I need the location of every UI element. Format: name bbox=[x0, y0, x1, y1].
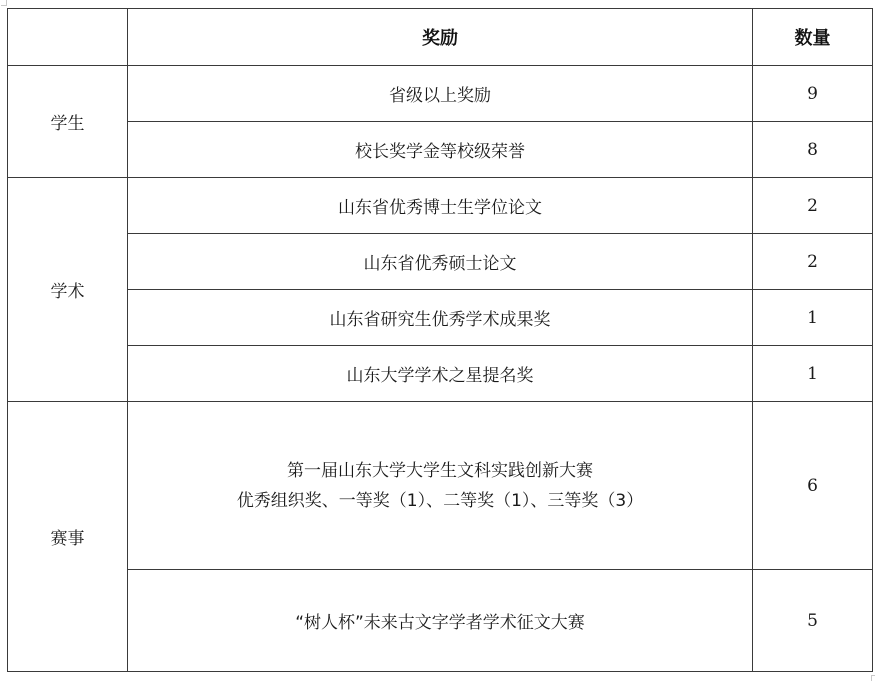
table-row: 赛事 第一届山东大学大学生文科实践创新大赛 优秀组织奖、一等奖（1）、二等奖（1… bbox=[8, 402, 873, 570]
document-page: 奖励 数量 学生 省级以上奖励 9 校长奖学金等校级荣誉 8 学术 山东省优秀博… bbox=[0, 0, 875, 681]
award-cell: 山东大学学术之星提名奖 bbox=[128, 346, 753, 402]
count-cell: 5 bbox=[753, 570, 873, 672]
table-row: 山东大学学术之星提名奖 1 bbox=[8, 346, 873, 402]
count-cell: 1 bbox=[753, 290, 873, 346]
award-line-2: 优秀组织奖、一等奖（1）、二等奖（1）、三等奖（3） bbox=[128, 486, 752, 516]
table-row: 校长奖学金等校级荣誉 8 bbox=[8, 122, 873, 178]
awards-table: 奖励 数量 学生 省级以上奖励 9 校长奖学金等校级荣誉 8 学术 山东省优秀博… bbox=[7, 8, 873, 672]
award-cell: 山东省研究生优秀学术成果奖 bbox=[128, 290, 753, 346]
header-category bbox=[8, 9, 128, 66]
count-cell: 2 bbox=[753, 234, 873, 290]
group-label-competitions: 赛事 bbox=[8, 402, 128, 672]
header-count: 数量 bbox=[753, 9, 873, 66]
table-header-row: 奖励 数量 bbox=[8, 9, 873, 66]
corner-mark-top-left bbox=[1, 0, 7, 6]
corner-mark-bottom-right bbox=[871, 675, 875, 681]
group-label-students: 学生 bbox=[8, 66, 128, 178]
count-cell: 2 bbox=[753, 178, 873, 234]
count-cell: 8 bbox=[753, 122, 873, 178]
award-cell: 山东省优秀硕士论文 bbox=[128, 234, 753, 290]
award-cell: 省级以上奖励 bbox=[128, 66, 753, 122]
award-line-1: 第一届山东大学大学生文科实践创新大赛 bbox=[128, 456, 752, 486]
table-row: 山东省研究生优秀学术成果奖 1 bbox=[8, 290, 873, 346]
award-cell: 校长奖学金等校级荣誉 bbox=[128, 122, 753, 178]
count-cell: 9 bbox=[753, 66, 873, 122]
table-row: 学生 省级以上奖励 9 bbox=[8, 66, 873, 122]
award-cell: “树人杯”未来古文字学者学术征文大赛 bbox=[128, 570, 753, 672]
count-cell: 6 bbox=[753, 402, 873, 570]
award-cell: 第一届山东大学大学生文科实践创新大赛 优秀组织奖、一等奖（1）、二等奖（1）、三… bbox=[128, 402, 753, 570]
group-label-academic: 学术 bbox=[8, 178, 128, 402]
table-row: 山东省优秀硕士论文 2 bbox=[8, 234, 873, 290]
award-cell: 山东省优秀博士生学位论文 bbox=[128, 178, 753, 234]
table-row: 学术 山东省优秀博士生学位论文 2 bbox=[8, 178, 873, 234]
count-cell: 1 bbox=[753, 346, 873, 402]
header-award: 奖励 bbox=[128, 9, 753, 66]
table-row: “树人杯”未来古文字学者学术征文大赛 5 bbox=[8, 570, 873, 672]
